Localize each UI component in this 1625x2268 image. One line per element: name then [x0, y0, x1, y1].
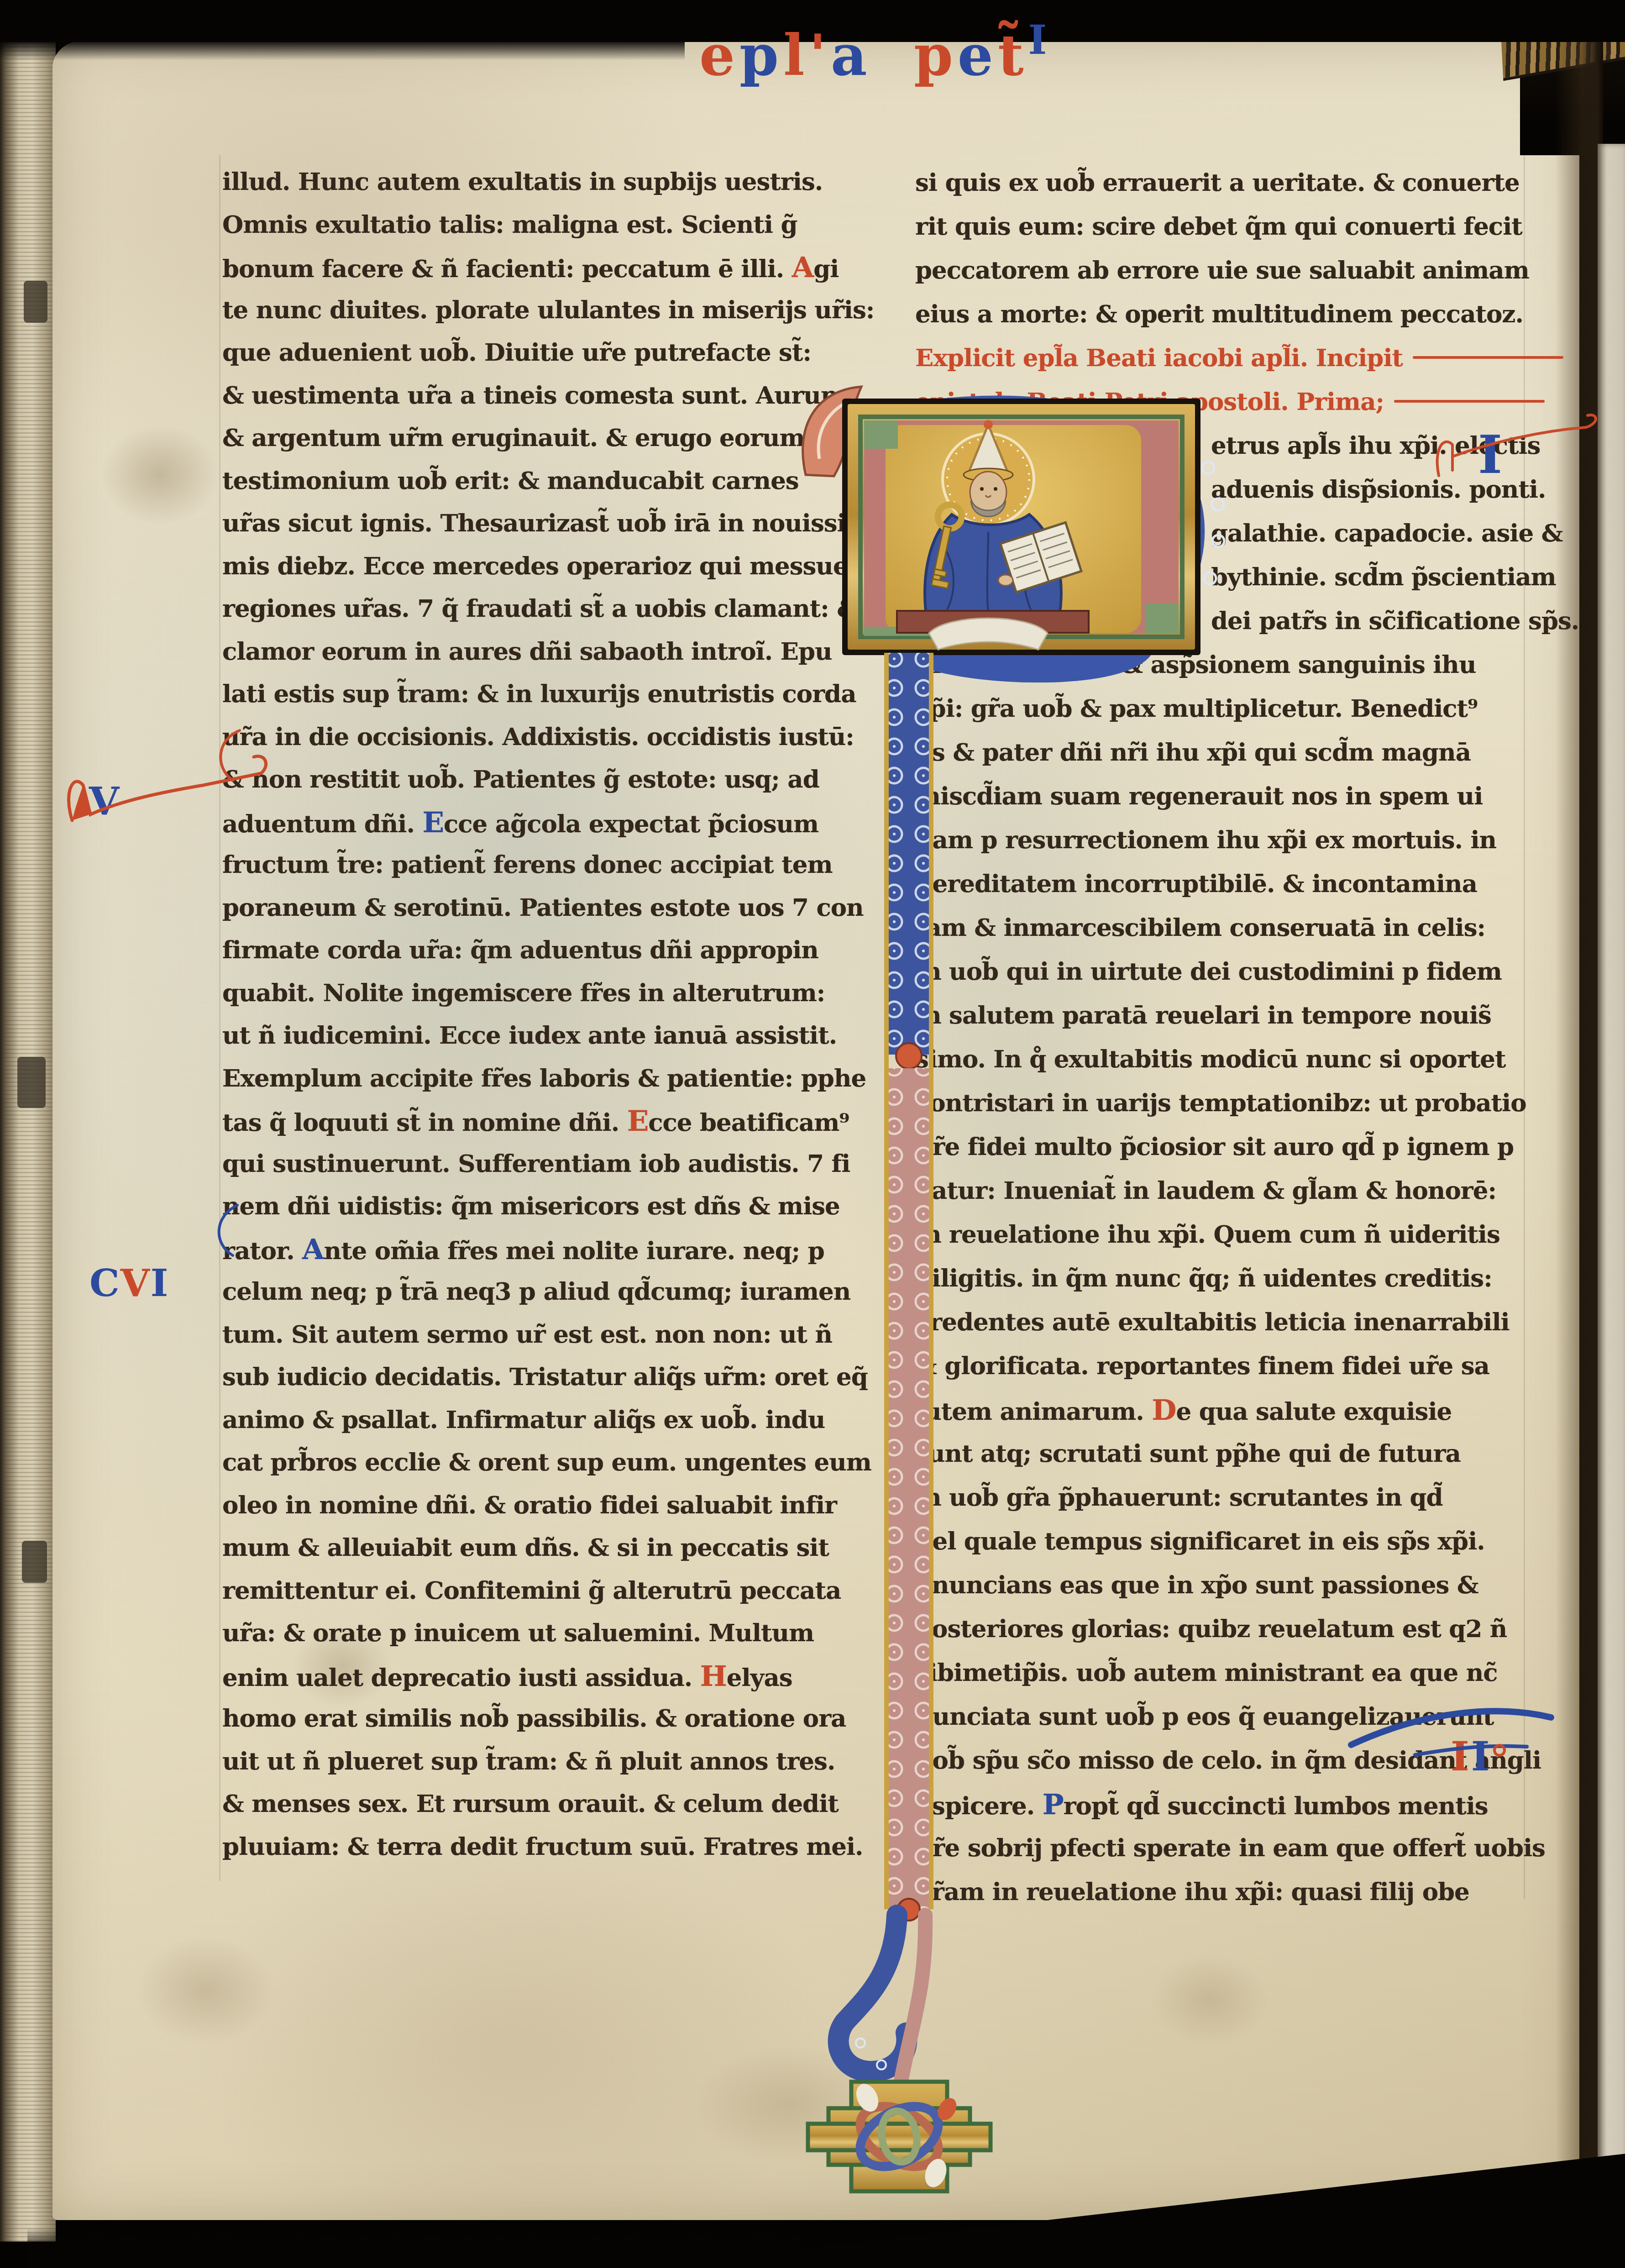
- text-line: sibimetip̃is. uob̃ autem ministrant ea q…: [915, 1651, 1525, 1695]
- column-left: illud. Hunc autem exultatis in supbijs u…: [222, 161, 832, 1868]
- facing-page-edge: [1598, 144, 1625, 2268]
- text-line: credentes autē exultabitis leticia inena…: [915, 1300, 1525, 1344]
- text-run: e qua salute exquisie: [1176, 1397, 1452, 1426]
- colored-initial: A: [792, 250, 814, 284]
- text-line: ur̃a: & orate p inuicem ut saluemini. Mu…: [222, 1612, 832, 1655]
- text-line: rit quis eum: scire debet q̃m qui conuer…: [915, 205, 1525, 248]
- text-run: Omnis exultatio talis: maligna est. Scie…: [222, 210, 797, 239]
- text-line: enim ualet deprecatio iusti assidua. Hel…: [222, 1655, 832, 1698]
- text-run: ur̃e fidei multo p̃ciosior sit auro qd̃ …: [915, 1133, 1514, 1161]
- text-line: dei patr̃s in sc̃ificatione sp̃s.: [915, 599, 1525, 643]
- text-run: testimonium uob̃ erit: & manducabit carn…: [222, 467, 799, 495]
- text-run: diligitis. in q̃m nunc q̃q; ñ uidentes …: [915, 1264, 1492, 1292]
- text-line: celum neq; p t̃rā neq3 p aliud qd̃cumq; …: [222, 1270, 832, 1313]
- glyph: I: [1471, 1733, 1492, 1780]
- text-line: & uestimenta ur̃a a tineis comesta sunt.…: [222, 374, 832, 417]
- glyph: C: [89, 1261, 121, 1305]
- text-run: credentes autē exultabitis leticia inena…: [915, 1308, 1510, 1336]
- glyph: I: [1478, 425, 1502, 485]
- text-line: quabit. Nolite ingemiscere fr̃es in alte…: [222, 972, 832, 1015]
- text-line: oleo in nomine dñi. & oratio fidei salua…: [222, 1484, 832, 1527]
- text-run: peccatorem ab errore uie sue saluabit an…: [915, 256, 1529, 284]
- text-run: homo erat similis nob̃ passibilis. & ora…: [222, 1704, 846, 1732]
- text-run: te nunc diuites. plorate ululantes in mi…: [222, 296, 874, 324]
- text-run: oleo in nomine dñi. & oratio fidei salua…: [222, 1491, 837, 1519]
- rubric-flourish: [1413, 356, 1563, 359]
- text-run: galathie. capadocie. asie &: [1211, 519, 1562, 547]
- text-run: xp̃i: gr̃a uob̃ & pax multiplicetur. Ben…: [915, 694, 1478, 723]
- text-line: nunciata sunt uob̃ p eos q̃ euangelizaue…: [915, 1695, 1525, 1738]
- text-line: sub iudicio decidatis. Tristatur aliq̃s …: [222, 1356, 832, 1399]
- text-line: remittentur ei. Confitemini g̃ alterutrū…: [222, 1570, 832, 1612]
- glyph: a: [831, 22, 872, 88]
- text-run: bythinie. scd̃m p̃scientiam: [1211, 563, 1556, 591]
- text-line: m̃iscd̃iam suam regenerauit nos in spem …: [915, 774, 1525, 818]
- text-run: cat prb̃ros ecclie & orent sup eum. unge…: [222, 1448, 871, 1476]
- text-line: lati estis sup t̃ram: & in luxurijs enut…: [222, 673, 832, 716]
- text-run: in reuelatione ihu xp̃i. Quem cum ñ uid…: [915, 1220, 1500, 1249]
- chapter-numeral-i: I: [1478, 425, 1502, 485]
- text-run: uit ut ñ plueret sup t̃ram: & ñ pluit …: [222, 1747, 835, 1775]
- text-run: Exemplum accipite fr̃es laboris & patien…: [222, 1064, 866, 1092]
- text-run: eius a morte: & operit multitudinem pecc…: [915, 300, 1523, 328]
- text-run: in salutem paratā reuelari in tempore no…: [915, 1001, 1491, 1029]
- text-run: in uob̃ gr̃a p̃phauerunt: scrutantes in …: [915, 1483, 1443, 1512]
- glyph: e: [699, 22, 739, 88]
- text-line: ur̃e fidei multo p̃ciosior sit auro qd̃ …: [915, 1125, 1525, 1169]
- column-right: si quis ex uob̃ errauerit a ueritate. & …: [915, 161, 1525, 1914]
- text-run: Explicit epl̃a Beati iacobi apl̃i. Incip…: [915, 344, 1403, 372]
- text-line: Explicit epl̃a Beati iacobi apl̃i. Incip…: [915, 336, 1525, 380]
- running-title: epl'a pet̃I: [699, 16, 1047, 88]
- text-run: lati estis sup t̃ram: & in luxurijs enut…: [222, 680, 856, 708]
- text-line: aduenis disp̃sionis. ponti.: [915, 467, 1525, 511]
- text-line: tas q̃ loquuti st̃ in nomine dñi. Ecce b…: [222, 1100, 832, 1143]
- text-line: eius a morte: & operit multitudinem pecc…: [915, 292, 1525, 336]
- text-run: remittentur ei. Confitemini g̃ alterutrū…: [222, 1576, 841, 1605]
- text-run: ur̃as sicut ignis. Thesaurizast̃ uob̃ ir…: [222, 509, 846, 537]
- text-line: batur: Inueniat̃ in laudem & gl̃am & hon…: [915, 1169, 1525, 1213]
- text-run: in obedientiam & asp̃sionem sanguinis ih…: [915, 651, 1476, 679]
- text-line: fructum t̃re: patient̃ ferens donec acci…: [222, 844, 832, 887]
- text-line: que aduenient uob̃. Diuitie ur̃e putrefa…: [222, 331, 832, 374]
- text-line: uel quale tempus significaret in eis sp̃…: [915, 1519, 1525, 1563]
- text-run: & uestimenta ur̃a a tineis comesta sunt.…: [222, 381, 846, 409]
- text-run: & argentum ur̃m eruginauit. & erugo eoru…: [222, 424, 839, 452]
- text-line: poraneum & serotinū. Patientes estote uo…: [222, 887, 832, 929]
- glyph: I: [1028, 16, 1047, 63]
- text-line: cat prb̃ros ecclie & orent sup eum. unge…: [222, 1441, 832, 1484]
- text-run: m̃iscd̃iam suam regenerauit nos in spem …: [915, 782, 1483, 810]
- text-run: pluuiam: & terra dedit fructum suū. Frat…: [222, 1832, 863, 1861]
- text-run: uel quale tempus significaret in eis sp̃…: [915, 1527, 1485, 1555]
- text-run: p̃spicere.: [915, 1792, 1043, 1820]
- glyph: e: [958, 22, 998, 88]
- text-line: ut ñ iudicemini. Ecce iudex ante ianuā …: [222, 1014, 832, 1057]
- text-line: animo & psallat. Infirmatur aliq̃s ex uo…: [222, 1399, 832, 1442]
- text-line: runt atq; scrutati sunt pp̃he qui de fut…: [915, 1432, 1525, 1475]
- text-run: nte om̃ia fr̃es mei nolite iurare. neq; …: [324, 1237, 824, 1265]
- text-line: ur̃e sobrij pfecti sperate in eam que of…: [915, 1826, 1525, 1870]
- page-edge-tab: [22, 1541, 47, 1583]
- text-line: uob̃ sp̃u sc̃o misso de celo. in q̃m des…: [915, 1738, 1525, 1782]
- text-line: in obedientiam & asp̃sionem sanguinis ih…: [915, 643, 1525, 687]
- text-line: pluuiam: & terra dedit fructum suū. Frat…: [222, 1826, 832, 1869]
- text-run: tum. Sit autem sermo ur̃ est est. non no…: [222, 1320, 832, 1349]
- text-line: testimonium uob̃ erit: & manducabit carn…: [222, 460, 832, 503]
- text-line: & non restitit uob̃. Patientes g̃ estote…: [222, 758, 832, 801]
- text-run: rator.: [222, 1237, 302, 1265]
- page-edge-tab: [17, 1057, 46, 1108]
- text-run: uob̃ sp̃u sc̃o misso de celo. in q̃m des…: [915, 1746, 1541, 1774]
- text-run: contristari in uarijs temptationibz: ut …: [915, 1089, 1526, 1117]
- text-run: gi: [813, 255, 839, 283]
- text-line: nem dñi uidistis: q̃m misericors est dñs…: [222, 1185, 832, 1228]
- text-line: mum & alleuiabit eum dñs. & si in peccat…: [222, 1527, 832, 1570]
- text-run: regiones ur̃as. 7 q̃ fraudati st̃ a uobi…: [222, 594, 858, 623]
- text-line: diligitis. in q̃m nunc q̃q; ñ uidentes …: [915, 1256, 1525, 1300]
- text-run: ur̃e sobrij pfecti sperate in eam que of…: [915, 1834, 1545, 1862]
- ruling-line: [219, 155, 220, 1881]
- chapter-numeral-vi: CVI: [89, 1261, 169, 1305]
- text-line: qui sustinuerunt. Sufferentiam iob audis…: [222, 1143, 832, 1186]
- text-run: que aduenient uob̃. Diuitie ur̃e putrefa…: [222, 338, 811, 367]
- text-line: in uob̃ gr̃a p̃phauerunt: scrutantes in …: [915, 1475, 1525, 1519]
- text-run: sibimetip̃is. uob̃ autem ministrant ea q…: [915, 1659, 1498, 1687]
- text-line: epistola Beati Petri apostoli. Prima;: [915, 380, 1525, 424]
- text-run: tam & inmarcescibilem conseruatā in celi…: [915, 913, 1485, 942]
- glyph: I: [1451, 1733, 1471, 1780]
- text-run: firmate corda ur̃a: q̃m aduentus dñi app…: [222, 936, 818, 964]
- text-run: poraneum & serotinū. Patientes estote uo…: [222, 893, 864, 922]
- text-line: hereditatem incorruptibilē. & incontamin…: [915, 862, 1525, 906]
- text-line: lutem animarum. De qua salute exquisie: [915, 1388, 1525, 1432]
- text-line: te nunc diuites. plorate ululantes in mi…: [222, 289, 832, 332]
- text-line: xp̃i: gr̃a uob̃ & pax multiplicetur. Ben…: [915, 687, 1525, 730]
- text-line: & menses sex. Et rursum orauit. & celum …: [222, 1783, 832, 1826]
- colored-initial: D: [1152, 1393, 1176, 1427]
- text-line: in uob̃ qui in uirtute dei custodimini p…: [915, 950, 1525, 993]
- text-line: uam p resurrectionem ihu xp̃i ex mortuis…: [915, 818, 1525, 862]
- colored-initial: E: [422, 805, 444, 839]
- text-run: ur̃a in die occisionis. Addixistis. occi…: [222, 723, 854, 751]
- text-run: mis diebz. Ecce mercedes operarioz qui m…: [222, 552, 905, 580]
- text-run: p̃nuncians eas que in xp̃o sunt passione…: [915, 1571, 1478, 1599]
- manuscript-photo: { "running_title": { "letters": [["e","r…: [0, 0, 1625, 2268]
- text-run: & non restitit uob̃. Patientes g̃ estote…: [222, 765, 819, 793]
- glyph: V: [89, 779, 119, 824]
- text-line: ur̃as sicut ignis. Thesaurizast̃ uob̃ ir…: [222, 502, 832, 545]
- text-run: si quis ex uob̃ errauerit a ueritate. & …: [915, 168, 1520, 197]
- text-line: bonum facere & ñ facienti: peccatum ē i…: [222, 246, 832, 289]
- text-run: animo & psallat. Infirmatur aliq̃s ex uo…: [222, 1406, 825, 1434]
- text-line: in reuelatione ihu xp̃i. Quem cum ñ uid…: [915, 1213, 1525, 1256]
- glyph: p: [914, 22, 958, 88]
- text-line: p̃spicere. Propt̃ qd̃ succincti lumbos m…: [915, 1782, 1525, 1826]
- running-title-numeral: I: [1028, 23, 1047, 62]
- text-run: batur: Inueniat̃ in laudem & gl̃am & hon…: [915, 1176, 1496, 1205]
- text-line: Omnis exultatio talis: maligna est. Scie…: [222, 204, 832, 247]
- text-line: mis diebz. Ecce mercedes operarioz qui m…: [222, 545, 832, 588]
- text-line: homo erat similis nob̃ passibilis. & ora…: [222, 1697, 832, 1740]
- colored-initial: E: [627, 1104, 649, 1138]
- text-run: d̃s & pater dñi nr̃i ihu xp̃i qui scd̃m …: [915, 738, 1471, 766]
- text-line: tum. Sit autem sermo ur̃ est est. non no…: [222, 1313, 832, 1356]
- text-run: & glorificata. reportantes finem fidei u…: [915, 1352, 1489, 1380]
- text-run: qui sustinuerunt. Sufferentiam iob audis…: [222, 1150, 850, 1178]
- text-run: tas q̃ loquuti st̃ in nomine dñi.: [222, 1108, 627, 1137]
- text-line: uit ut ñ plueret sup t̃ram: & ñ pluit …: [222, 1740, 832, 1783]
- glyph: t̃: [998, 22, 1028, 88]
- text-run: epistola Beati Petri apostoli. Prima;: [915, 388, 1384, 416]
- text-run: ur̃a: & orate p inuicem ut saluemini. Mu…: [222, 1619, 814, 1647]
- glyph: p: [739, 22, 783, 88]
- text-line: Exemplum accipite fr̃es laboris & patien…: [222, 1057, 832, 1100]
- text-run: illud. Hunc autem exultatis in supbijs u…: [222, 168, 823, 196]
- text-run: nunciata sunt uob̃ p eos q̃ euangelizaue…: [915, 1702, 1494, 1731]
- text-line: in salutem paratā reuelari in tempore no…: [915, 993, 1525, 1037]
- text-line: ur̃a in die occisionis. Addixistis. occi…: [222, 716, 832, 759]
- page-gutter-shadow: [1556, 40, 1603, 2227]
- text-line: bythinie. scd̃m p̃scientiam: [915, 555, 1525, 599]
- text-run: in uob̃ qui in uirtute dei custodimini p…: [915, 957, 1502, 986]
- text-run: cce ag̃cola expectat p̃ciosum: [444, 810, 818, 838]
- text-line: firmate corda ur̃a: q̃m aduentus dñi app…: [222, 929, 832, 972]
- running-title-text: epl'a pet̃: [699, 30, 1028, 86]
- text-run: enim ualet deprecatio iusti assidua.: [222, 1664, 700, 1692]
- text-run: fructum t̃re: patient̃ ferens donec acci…: [222, 850, 833, 879]
- text-line: tam & inmarcescibilem conseruatā in celi…: [915, 906, 1525, 950]
- text-line: regiones ur̃as. 7 q̃ fraudati st̃ a uobi…: [222, 588, 832, 630]
- text-run: ropt̃ qd̃ succincti lumbos mentis: [1064, 1792, 1488, 1820]
- text-line: galathie. capadocie. asie &: [915, 511, 1525, 555]
- glyph: [872, 30, 914, 86]
- text-line: & glorificata. reportantes finem fidei u…: [915, 1344, 1525, 1388]
- text-run: aduentum dñi.: [222, 810, 422, 838]
- text-run: elyas: [727, 1664, 792, 1692]
- chapter-numeral-v: V: [89, 779, 119, 824]
- glyph: V: [121, 1261, 151, 1305]
- colored-initial: A: [302, 1232, 324, 1266]
- text-run: uam p resurrectionem ihu xp̃i ex mortuis…: [915, 826, 1496, 854]
- book-page-stack-edge: [0, 27, 56, 2242]
- text-run: clamor eorum in aures dñi sabaoth introĩ…: [222, 637, 832, 666]
- chapter-numeral-ii: II: [1451, 1733, 1492, 1780]
- text-run: cce beatificam⁹: [648, 1108, 849, 1137]
- text-line: rator. Ante om̃ia fr̃es mei nolite iurar…: [222, 1228, 832, 1271]
- text-run: celum neq; p t̃rā neq3 p aliud qd̃cumq; …: [222, 1277, 850, 1306]
- glyph: l': [783, 22, 831, 88]
- rubric-flourish: [1394, 400, 1545, 403]
- text-run: mum & alleuiabit eum dñs. & si in peccat…: [222, 1533, 829, 1562]
- text-line: clamor eorum in aures dñi sabaoth introĩ…: [222, 630, 832, 673]
- text-run: sub iudicio decidatis. Tristatur aliq̃s …: [222, 1363, 868, 1391]
- text-run: bonum facere & ñ facienti: peccatum ē i…: [222, 255, 792, 283]
- page-edge-tab: [24, 281, 47, 323]
- text-line: gr̃am in reuelatione ihu xp̃i: quasi fil…: [915, 1870, 1525, 1914]
- page-bottom-edge: [27, 2228, 803, 2268]
- text-line: simo. In q̊ exultabitis modicū nunc si o…: [915, 1037, 1525, 1081]
- text-run: hereditatem incorruptibilē. & incontamin…: [915, 870, 1477, 898]
- text-run: quabit. Nolite ingemiscere fr̃es in alte…: [222, 979, 825, 1007]
- colored-initial: H: [700, 1659, 727, 1693]
- colored-initial: P: [1043, 1787, 1064, 1821]
- text-line: etrus apl̃s ihu xp̃i. electis: [915, 424, 1525, 467]
- text-run: lutem animarum.: [915, 1397, 1152, 1426]
- text-run: nem dñi uidistis: q̃m misericors est dñs…: [222, 1192, 840, 1220]
- text-line: contristari in uarijs temptationibz: ut …: [915, 1081, 1525, 1125]
- glyph: I: [151, 1261, 169, 1305]
- text-line: posteriores glorias: quibz reuelatum est…: [915, 1607, 1525, 1651]
- text-run: dei patr̃s in sc̃ificatione sp̃s.: [1211, 607, 1579, 635]
- text-line: peccatorem ab errore uie sue saluabit an…: [915, 248, 1525, 292]
- text-run: simo. In q̊ exultabitis modicū nunc si o…: [915, 1045, 1506, 1073]
- text-run: gr̃am in reuelatione ihu xp̃i: quasi fil…: [915, 1878, 1469, 1906]
- text-run: posteriores glorias: quibz reuelatum est…: [915, 1615, 1507, 1643]
- text-line: p̃nuncians eas que in xp̃o sunt passione…: [915, 1563, 1525, 1607]
- text-run: runt atq; scrutati sunt pp̃he qui de fut…: [915, 1439, 1461, 1468]
- text-line: illud. Hunc autem exultatis in supbijs u…: [222, 161, 832, 204]
- text-run: & menses sex. Et rursum orauit. & celum …: [222, 1790, 839, 1818]
- text-line: & argentum ur̃m eruginauit. & erugo eoru…: [222, 417, 832, 460]
- text-line: si quis ex uob̃ errauerit a ueritate. & …: [915, 161, 1525, 205]
- text-run: rit quis eum: scire debet q̃m qui conuer…: [915, 212, 1522, 241]
- text-run: ut ñ iudicemini. Ecce iudex ante ianuā …: [222, 1021, 837, 1050]
- text-line: aduentum dñi. Ecce ag̃cola expectat p̃ci…: [222, 801, 832, 844]
- text-line: d̃s & pater dñi nr̃i ihu xp̃i qui scd̃m …: [915, 730, 1525, 774]
